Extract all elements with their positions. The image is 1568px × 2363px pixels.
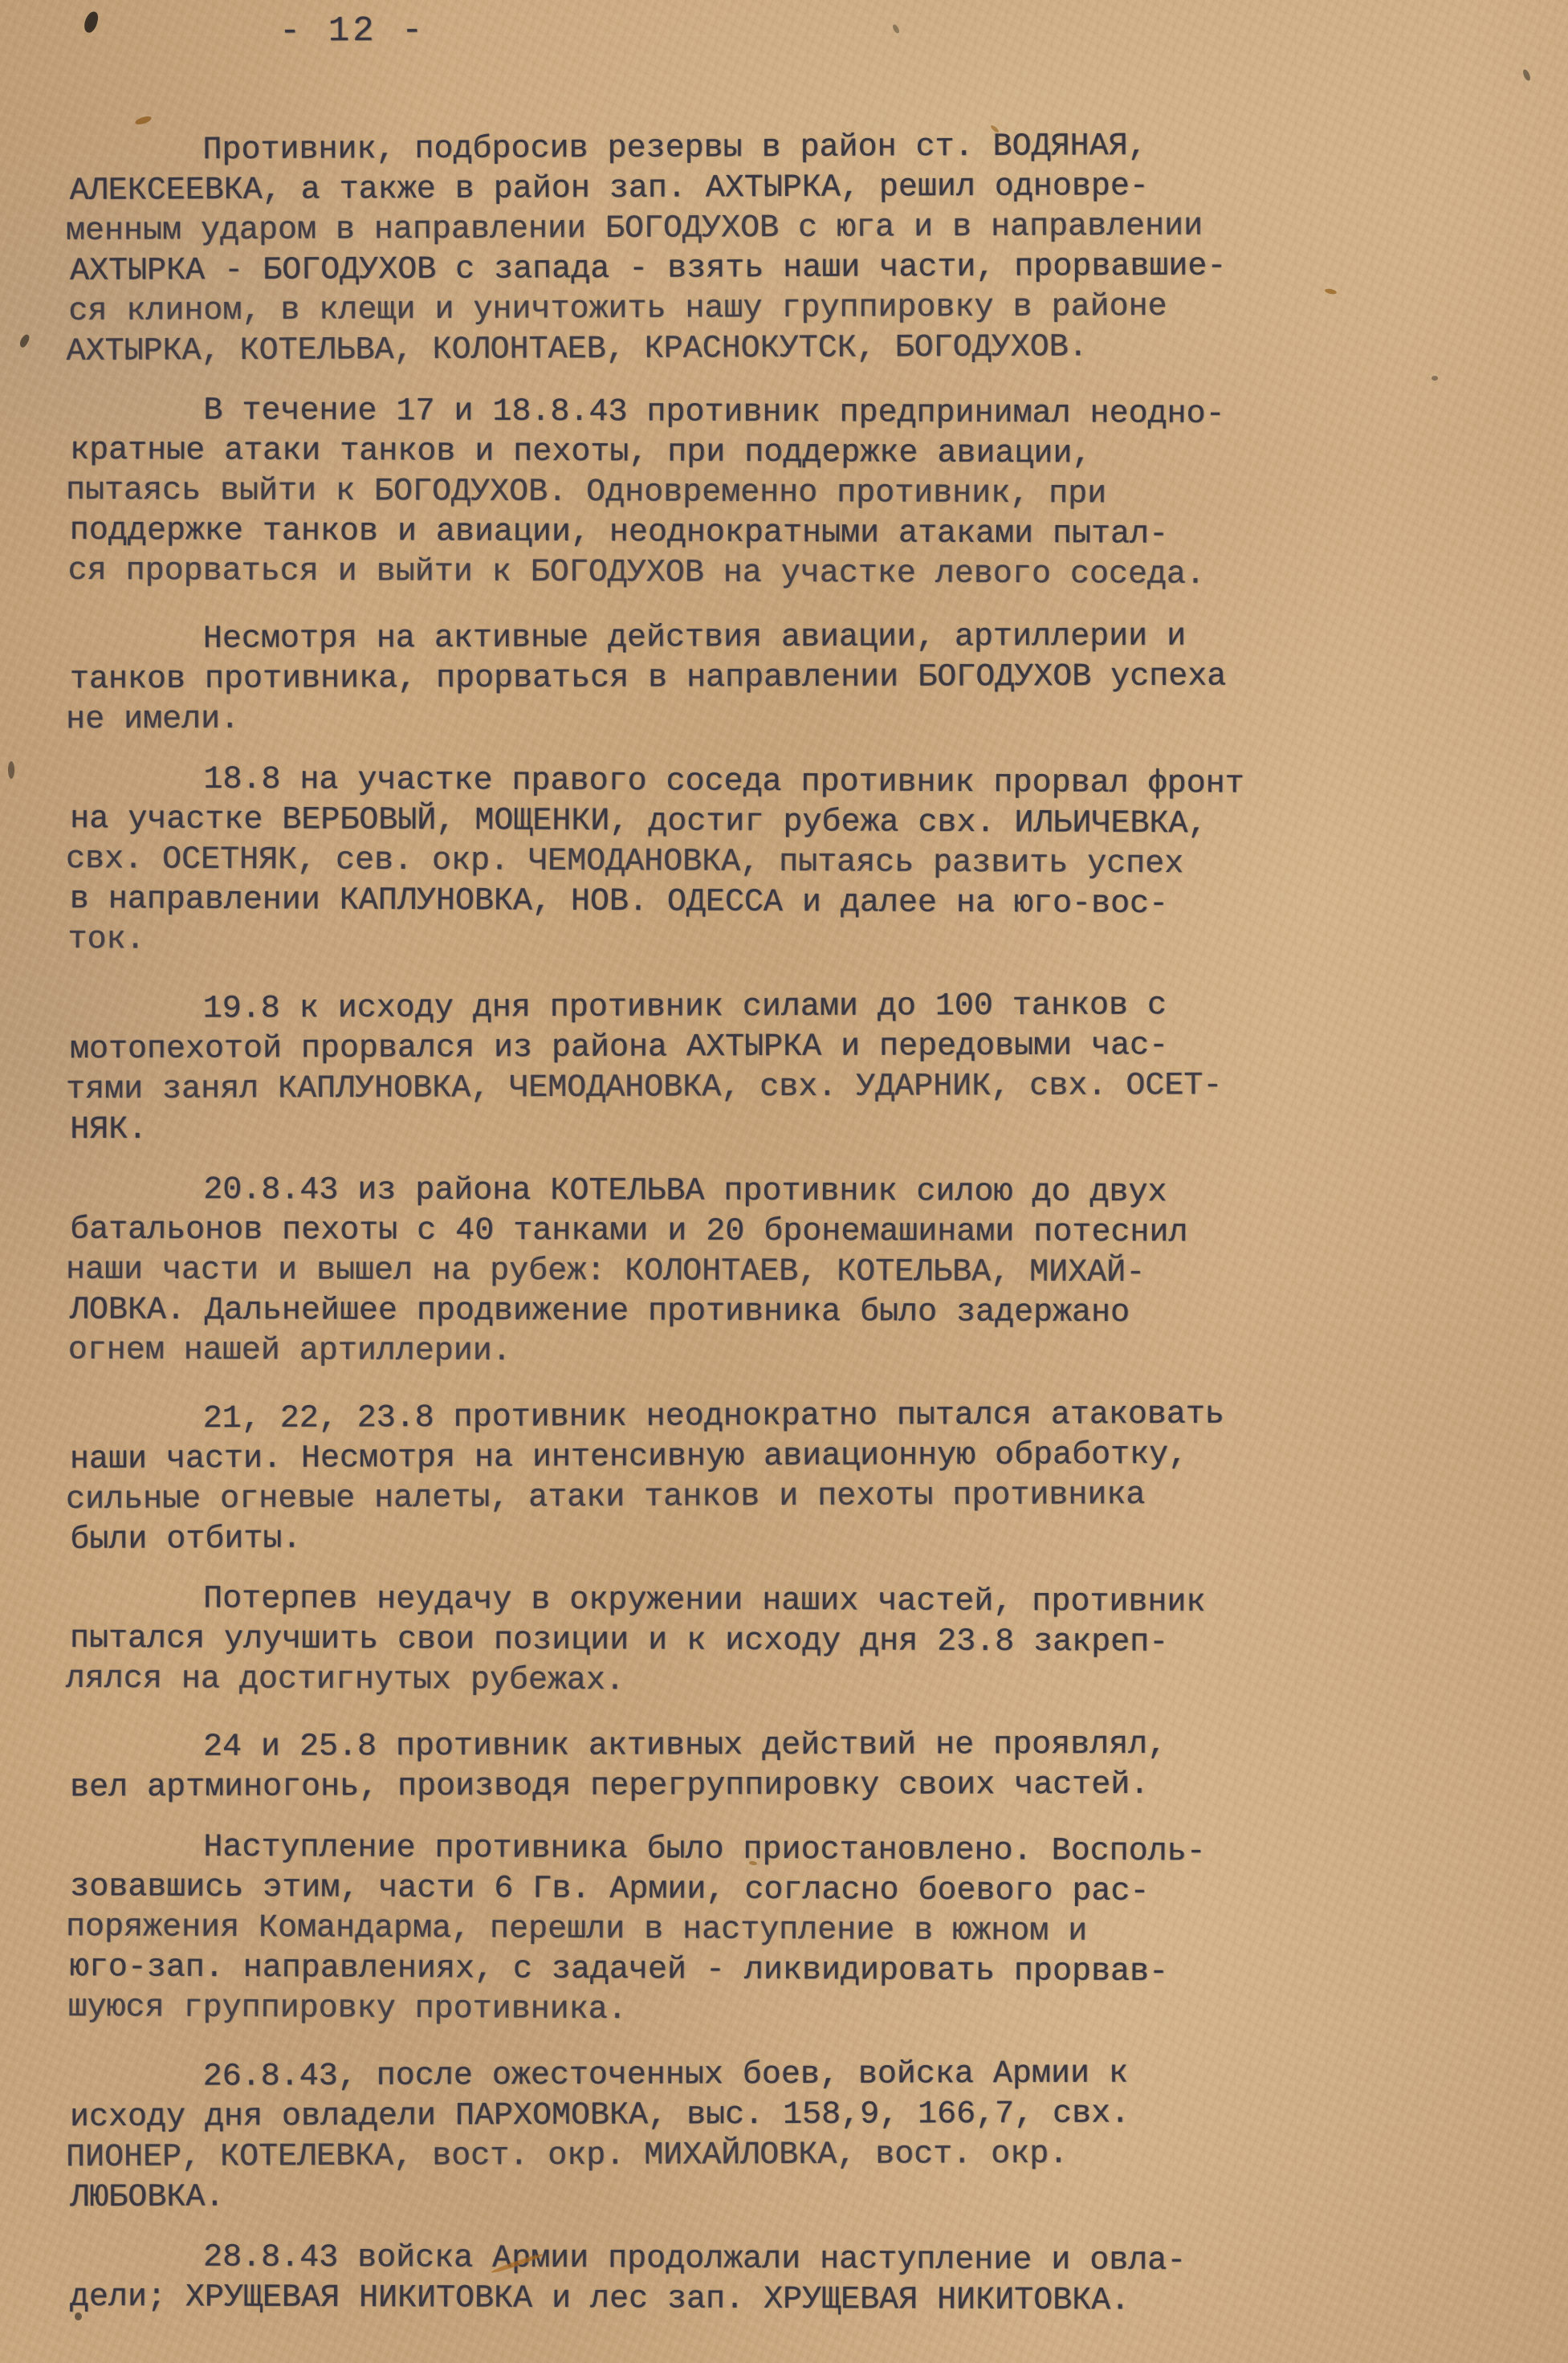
paragraph: Потерпев неудачу в окружении наших часте… <box>68 1579 1506 1705</box>
paragraph: Противник, подбросив резервы в район ст.… <box>67 125 1505 373</box>
text-line: мотопехотой прорвался из района АХТЫРКА … <box>70 1025 1507 1070</box>
text-line: ПИОНЕР, КОТЕЛЕВКА, вост. окр. МИХАЙЛОВКА… <box>66 2133 1503 2178</box>
text-line: вел артминогонь, производя перегруппиров… <box>70 1765 1507 1809</box>
document-page: - 12 - Противник, подбросив резервы в ра… <box>0 0 1568 2363</box>
paragraph: 18.8 на участке правого соседа противник… <box>67 760 1505 967</box>
text-line: 21, 22, 23.8 противник неоднократно пыта… <box>68 1394 1505 1440</box>
text-line: ЛОВКА. Дальнейшее продвижение противника… <box>70 1291 1507 1335</box>
text-line: зовавшись этим, части 6 Гв. Армии, согла… <box>70 1868 1507 1914</box>
paper-fiber <box>134 115 152 126</box>
text-line: ЛЮБОВКА. <box>70 2174 1507 2218</box>
paragraph: 26.8.43, после ожесточенных боев, войска… <box>68 2053 1506 2218</box>
page-number: - 12 - <box>279 11 426 52</box>
paragraph: 20.8.43 из района КОТЕЛЬВА противник сил… <box>68 1171 1506 1375</box>
text-line: 24 и 25.8 противник активных действий не… <box>68 1725 1505 1769</box>
paragraph: 19.8 к исходу дня противник силами до 10… <box>68 985 1506 1151</box>
text-line: Несмотря на активные действия авиации, а… <box>68 617 1505 661</box>
text-line: сильные огневые налеты, атаки танков и п… <box>66 1474 1503 1521</box>
text-line: 20.8.43 из района КОТЕЛЬВА противник сил… <box>68 1171 1505 1215</box>
text-line: огнем нашей артиллерии. <box>68 1331 1505 1375</box>
text-line: 18.8 на участке правого соседа противник… <box>68 760 1505 806</box>
paragraph: 28.8.43 войска Армии продолжали наступле… <box>68 2238 1505 2323</box>
paragraph: 21, 22, 23.8 противник неоднократно пыта… <box>68 1394 1506 1561</box>
text-line: 28.8.43 войска Армии продолжали наступле… <box>68 2238 1505 2283</box>
text-line: поряжения Командарма, перешли в наступле… <box>66 1908 1503 1954</box>
text-line: свх. ОСЕТНЯК, сев. окр. ЧЕМОДАНОВКА, пыт… <box>66 840 1503 886</box>
text-line: ток. <box>67 920 1505 967</box>
ink-speck <box>1521 68 1531 82</box>
text-line: батальонов пехоты с 40 танками и 20 брон… <box>70 1211 1507 1255</box>
document-body: Противник, подбросив резервы в район ст.… <box>68 128 1505 2320</box>
text-line: на участке ВЕРБОВЫЙ, МОЩЕНКИ, достиг руб… <box>70 800 1507 846</box>
text-line: НЯК. <box>70 1106 1507 1151</box>
text-line: не имели. <box>66 697 1503 741</box>
text-line: были отбиты. <box>70 1514 1507 1561</box>
text-line: кратные атаки танков и пехоты, при подде… <box>70 431 1507 476</box>
text-line: юго-зап. направлениях, с задачей - ликви… <box>70 1948 1507 1994</box>
paragraph: 24 и 25.8 противник активных действий не… <box>68 1725 1505 1809</box>
ink-speck <box>8 761 14 779</box>
ink-speck <box>83 10 100 35</box>
text-line: шуюся группировку противника. <box>67 1988 1505 2035</box>
text-line: исходу дня овладели ПАРХОМОВКА, выс. 158… <box>70 2093 1507 2138</box>
text-line: менным ударом в направлении БОГОДУХОВ с … <box>66 206 1503 252</box>
ink-speck <box>891 23 900 34</box>
text-line: лялся на достигнутых рубежах. <box>66 1660 1503 1705</box>
text-line: танков противника, прорваться в направле… <box>70 657 1507 701</box>
text-line: в направлении КАПЛУНОВКА, НОВ. ОДЕССА и … <box>70 880 1507 927</box>
paragraph: В течение 17 и 18.8.43 противник предпри… <box>68 391 1506 597</box>
paragraph: Несмотря на активные действия авиации, а… <box>68 617 1505 741</box>
text-line: Потерпев неудачу в окружении наших часте… <box>68 1579 1505 1624</box>
paragraph: Наступление противника было приостановле… <box>67 1827 1505 2035</box>
text-line: АЛЕКСЕЕВКА, а также в район зап. АХТЫРКА… <box>70 165 1507 212</box>
text-line: АХТЫРКА - БОГОДУХОВ с запада - взять наш… <box>70 246 1507 292</box>
text-line: 19.8 к исходу дня противник силами до 10… <box>68 985 1505 1030</box>
text-line: пытался улучшить свои позиции и к исходу… <box>70 1619 1507 1664</box>
text-line: 26.8.43, после ожесточенных боев, войска… <box>68 2053 1505 2098</box>
text-line: В течение 17 и 18.8.43 противник предпри… <box>68 391 1505 436</box>
text-line: поддержке танков и авиации, неоднократны… <box>70 511 1507 556</box>
text-line: Наступление противника было приостановле… <box>68 1827 1505 1874</box>
text-line: пытаясь выйти к БОГОДУХОВ. Одновременно … <box>66 471 1503 516</box>
text-line: Противник, подбросив резервы в район ст.… <box>67 125 1505 172</box>
text-line: ся клином, в клещи и уничтожить нашу гру… <box>68 286 1505 332</box>
text-line: наши части и вышел на рубеж: КОЛОНТАЕВ, … <box>66 1251 1503 1295</box>
text-line: ся прорваться и выйти к БОГОДУХОВ на уча… <box>68 552 1505 597</box>
text-line: тями занял КАПЛУНОВКА, ЧЕМОДАНОВКА, свх.… <box>66 1065 1503 1110</box>
text-line: наши части. Несмотря на интенсивную авиа… <box>70 1434 1507 1481</box>
text-line: дели; ХРУЩЕВАЯ НИКИТОВКА и лес зап. ХРУЩ… <box>70 2278 1507 2323</box>
ink-speck <box>18 333 31 348</box>
text-line: АХТЫРКА, КОТЕЛЬВА, КОЛОНТАЕВ, КРАСНОКУТС… <box>66 326 1503 373</box>
